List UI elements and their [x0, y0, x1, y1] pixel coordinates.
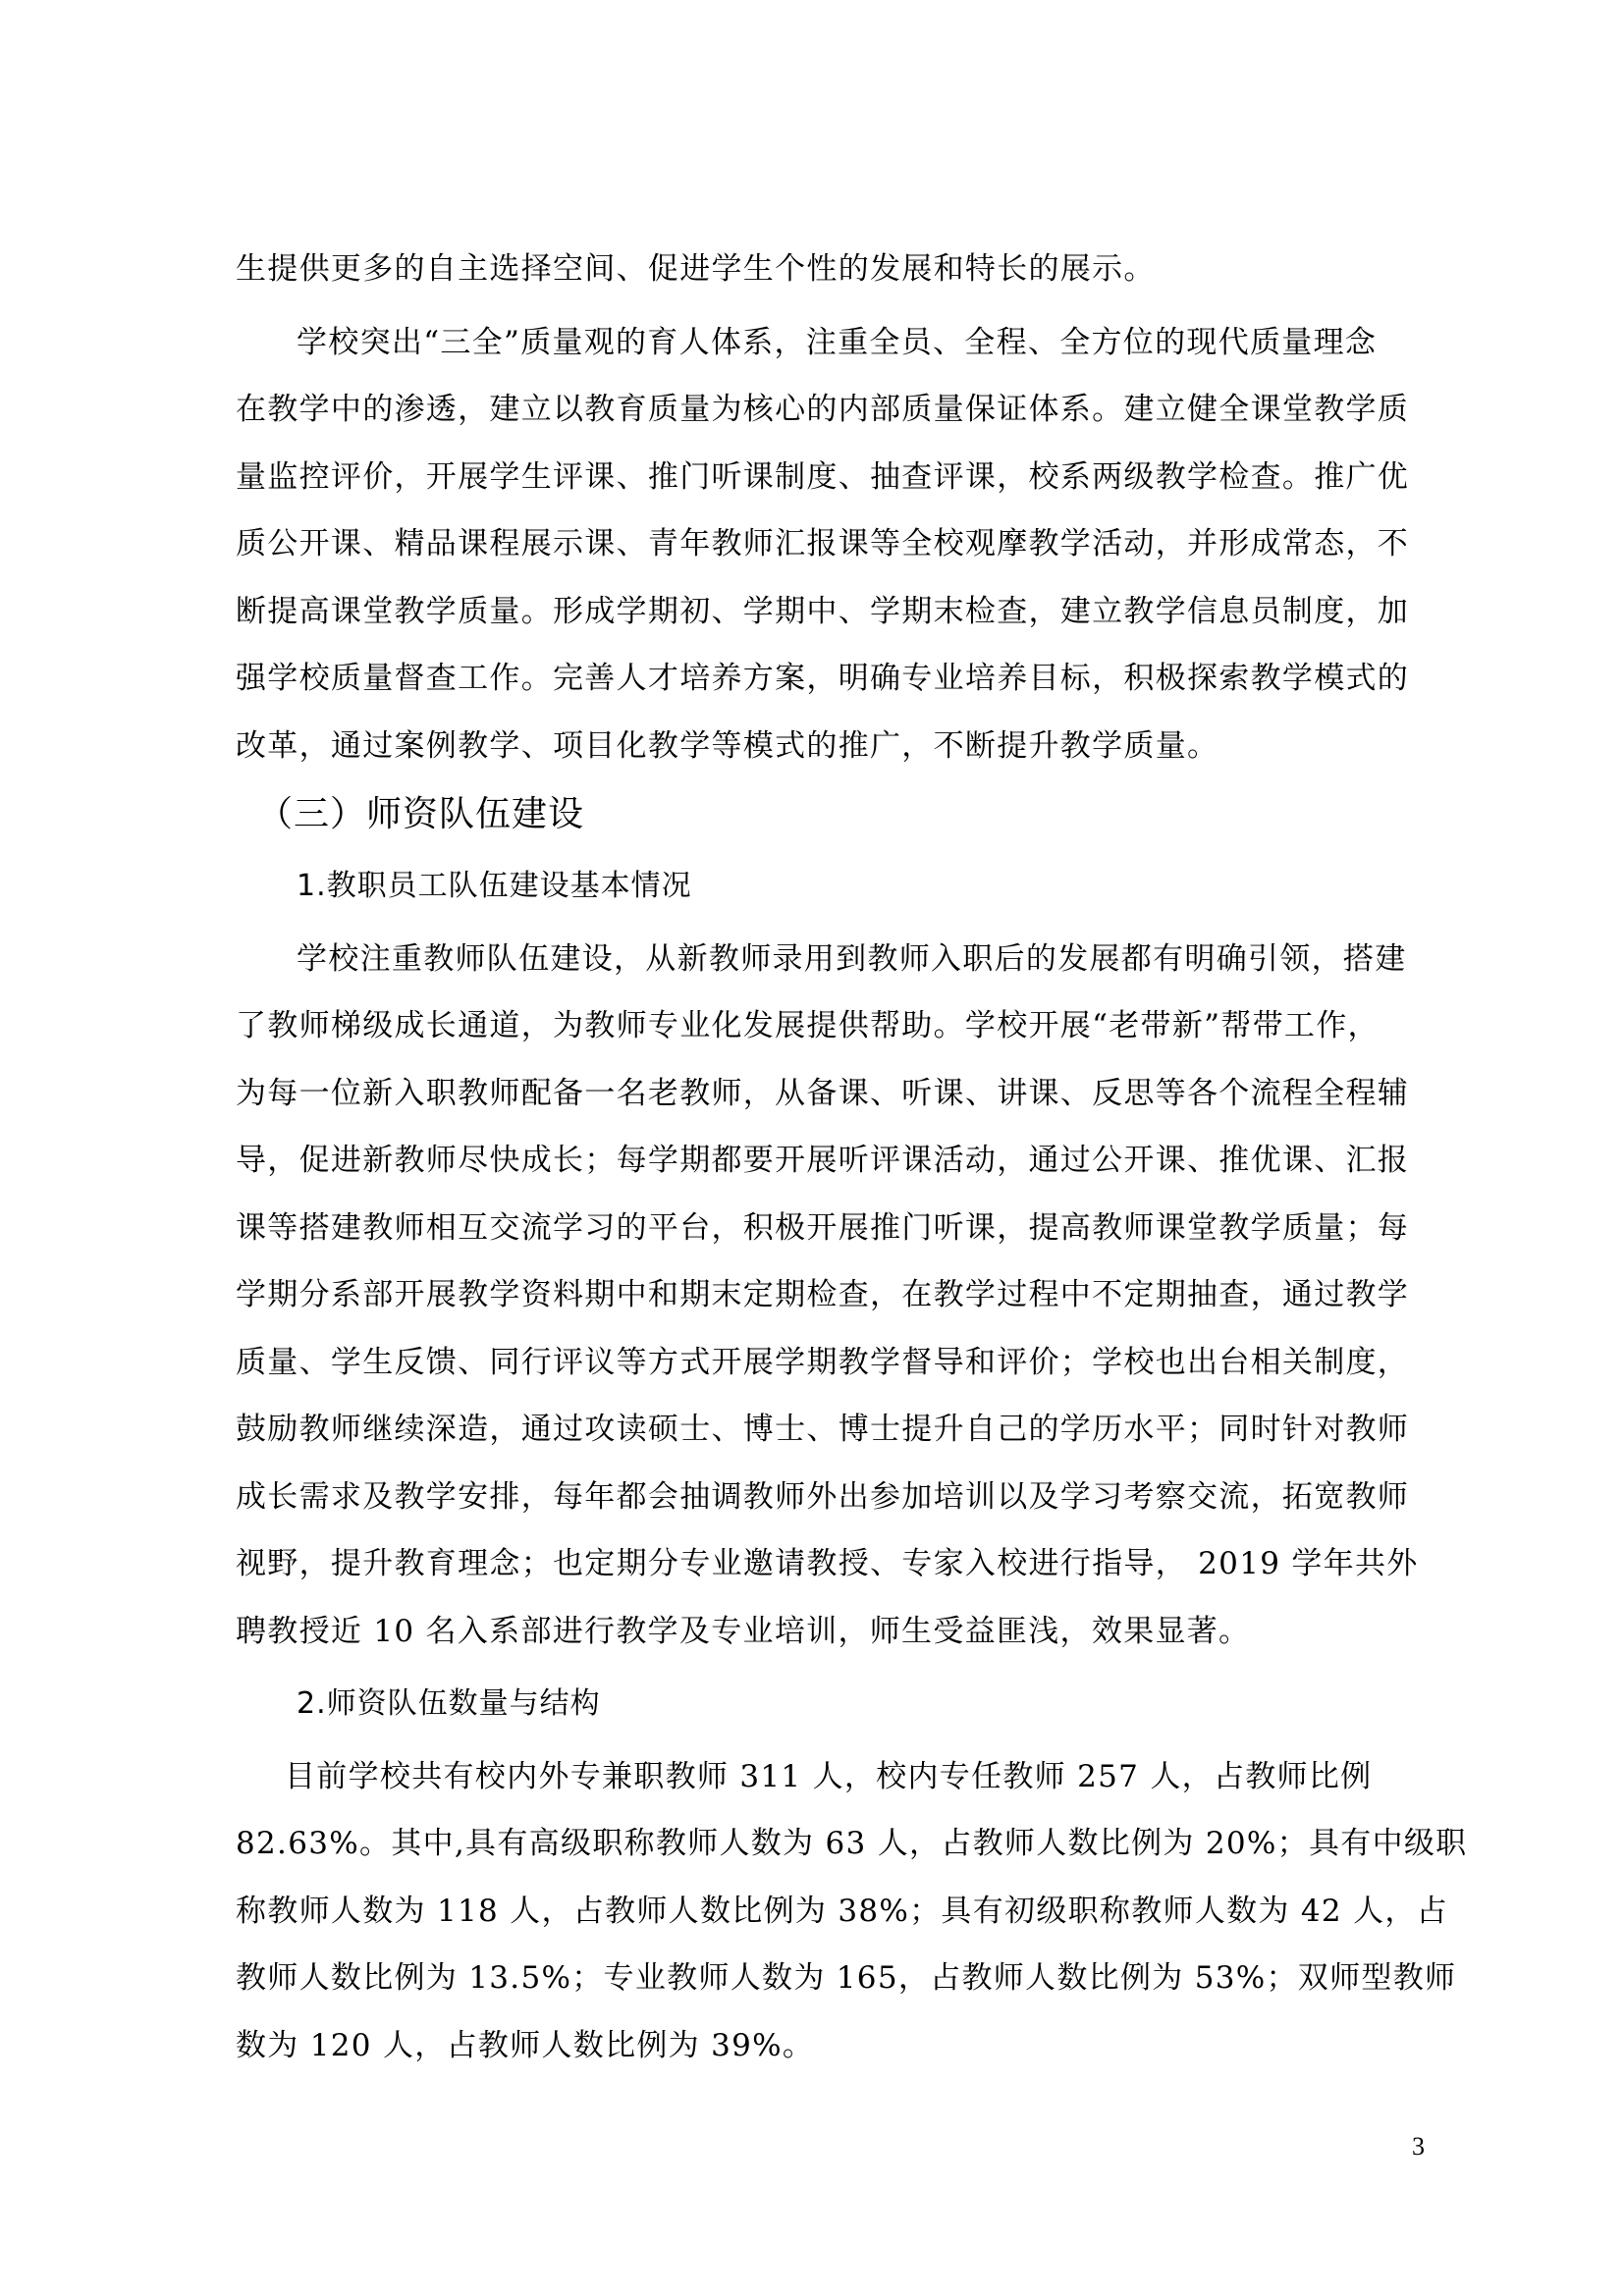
paragraph-line: 为每一位新入职教师配备一名老教师，从备课、听课、讲课、反思等各个流程全程辅 — [236, 1074, 1443, 1113]
paragraph-line: 视野，提升教育理念；也定期分专业邀请教授、专家入校进行指导， 2019 学年共外 — [236, 1544, 1443, 1583]
paragraph-line: 在教学中的渗透，建立以教育质量为核心的内部质量保证体系。建立健全课堂教学质 — [236, 390, 1443, 429]
paragraph-line: 断提高课堂教学质量。形成学期初、学期中、学期末检查，建立教学信息员制度，加 — [236, 592, 1443, 631]
paragraph-line: 了教师梯级成长通道，为教师专业化发展提供帮助。学校开展“老带新”帮带工作， — [236, 1006, 1443, 1045]
paragraph-line: 学期分系部开展教学资料期中和期末定期检查，在教学过程中不定期抽查，通过教学 — [236, 1275, 1443, 1314]
paragraph-line: 强学校质量督查工作。完善人才培养方案，明确专业培养目标，积极探索教学模式的 — [236, 659, 1443, 698]
subsection-heading: 1.教职员工队伍建设基本情况 — [297, 867, 692, 906]
paragraph-line: 目前学校共有校内外专兼职教师 311 人，校内专任教师 257 人，占教师比例 — [285, 1757, 1492, 1796]
paragraph-line: 鼓励教师继续深造，通过攻读硕士、博士、博士提升自己的学历水平；同时针对教师 — [236, 1410, 1443, 1449]
paragraph-line: 聘教授近 10 名入系部进行教学及专业培训，师生受益匪浅，效果显著。 — [236, 1612, 1443, 1651]
paragraph-line: 学校注重教师队伍建设，从新教师录用到教师入职后的发展都有明确引领，搭建 — [297, 939, 1504, 979]
document-page: 生提供更多的自主选择空间、促进学生个性的发展和特长的展示。 学校突出“三全”质量… — [0, 0, 1624, 2296]
paragraph-line: 教师人数比例为 13.5%；专业教师人数为 165，占教师人数比例为 53%；双… — [236, 1958, 1443, 1998]
paragraph-line: 数为 120 人，占教师人数比例为 39%。 — [236, 2026, 1443, 2065]
paragraph-line: 课等搭建教师相互交流学习的平台，积极开展推门听课，提高教师课堂教学质量；每 — [236, 1208, 1443, 1248]
subsection-heading: 2.师资队伍数量与结构 — [297, 1684, 601, 1724]
paragraph-line: 82.63%。其中,具有高级职称教师人数为 63 人，占教师人数比例为 20%；… — [236, 1824, 1443, 1863]
paragraph-line: 生提供更多的自主选择空间、促进学生个性的发展和特长的展示。 — [236, 249, 1443, 289]
page-number: 3 — [1412, 2132, 1425, 2162]
paragraph-line: 质量、学生反馈、同行评议等方式开展学期教学督导和评价；学校也出台相关制度， — [236, 1343, 1443, 1382]
paragraph-line: 成长需求及教学安排，每年都会抽调教师外出参加培训以及学习考察交流，拓宽教师 — [236, 1477, 1443, 1517]
paragraph-line: 量监控评价，开展学生评课、推门听课制度、抽查评课，校系两级教学检查。推广优 — [236, 457, 1443, 497]
paragraph-line: 称教师人数为 118 人，占教师人数比例为 38%；具有初级职称教师人数为 42… — [236, 1892, 1443, 1931]
paragraph-line: 学校突出“三全”质量观的育人体系，注重全员、全程、全方位的现代质量理念 — [297, 323, 1504, 362]
paragraph-line: 改革，通过案例教学、项目化教学等模式的推广，不断提升教学质量。 — [236, 726, 1443, 766]
paragraph-line: 质公开课、精品课程展示课、青年教师汇报课等全校观摩教学活动，并形成常态，不 — [236, 524, 1443, 563]
paragraph-line: 导，促进新教师尽快成长；每学期都要开展听评课活动，通过公开课、推优课、汇报 — [236, 1141, 1443, 1180]
section-heading: （三）师资队伍建设 — [257, 793, 584, 836]
